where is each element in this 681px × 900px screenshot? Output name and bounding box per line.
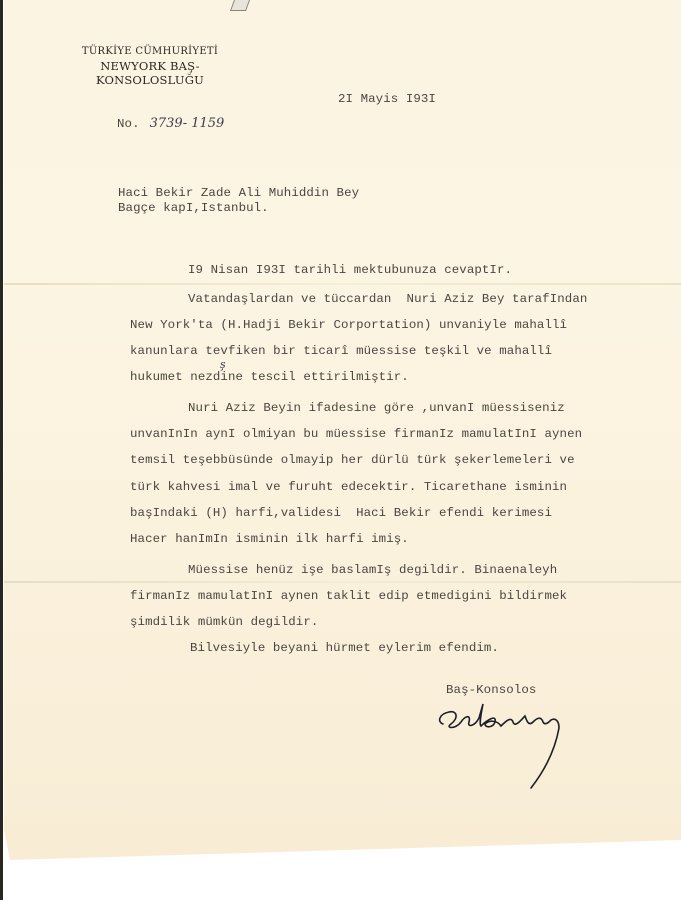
body-line: kanunlara tevfiken bir ticarî müessise t…: [130, 344, 552, 358]
scan-edge: [0, 0, 3, 900]
reference-prefix: No.: [117, 117, 140, 131]
body-line: şimdilik mümkün degildir.: [130, 615, 318, 629]
closing-line: Bilvesiyle beyani hürmet eylerim efendim…: [190, 641, 499, 655]
signatory-title: Baş-Konsolos: [446, 683, 536, 697]
letterhead-republic: TÜRKİYE CÜMHURİYETİ: [50, 46, 250, 57]
body-line: firmanIz mamulatInI aynen taklit edip et…: [130, 589, 567, 603]
body-line: temsil teşebbüsünde olmayip her dürlü tü…: [130, 453, 575, 467]
body-line: türk kahvesi imal ve furuht edecektir. T…: [130, 480, 567, 494]
letterhead-consulate: NEWYORK BAŞ-KONSOLOSLUĞU: [50, 59, 250, 87]
fold-line-lower: [4, 581, 681, 583]
body-line: hukumet nezdine tescil ettirilmiştir.: [130, 370, 409, 384]
signature-icon: [435, 700, 575, 795]
reference-number: No. 3739- 1159: [117, 114, 224, 132]
letter-date: 2I Mayis I93I: [338, 92, 436, 106]
handwritten-correction: ş: [220, 358, 226, 371]
body-line: Hacer hanImIn isminin ilk harfi imiş.: [130, 532, 409, 546]
recipient-address: Bagçe kapI,Istanbul.: [118, 201, 269, 215]
body-line: Nuri Aziz Beyin ifadesine göre ,unvanI m…: [188, 401, 565, 415]
body-line: Müessise henüz işe baslamIş degildir. Bi…: [188, 563, 557, 577]
fold-line-upper: [4, 283, 681, 285]
body-line: Vatandaşlardan ve tüccardan Nuri Aziz Be…: [188, 292, 587, 306]
letterhead: TÜRKİYE CÜMHURİYETİ NEWYORK BAŞ-KONSOLOS…: [50, 46, 250, 87]
reference-handwritten-number: 3739- 1159: [150, 116, 225, 131]
body-line: I9 Nisan I93I tarihli mektubunuza cevapt…: [188, 263, 512, 277]
body-line: unvanInIn aynI olmiyan bu müessise firma…: [130, 427, 582, 441]
body-line: başIndaki (H) harfi,validesi Haci Bekir …: [130, 506, 552, 520]
body-line: New York'ta (H.Hadji Bekir Corportation)…: [130, 318, 567, 332]
signature: [435, 700, 575, 800]
recipient-name: Haci Bekir Zade Ali Muhiddin Bey: [118, 186, 359, 200]
